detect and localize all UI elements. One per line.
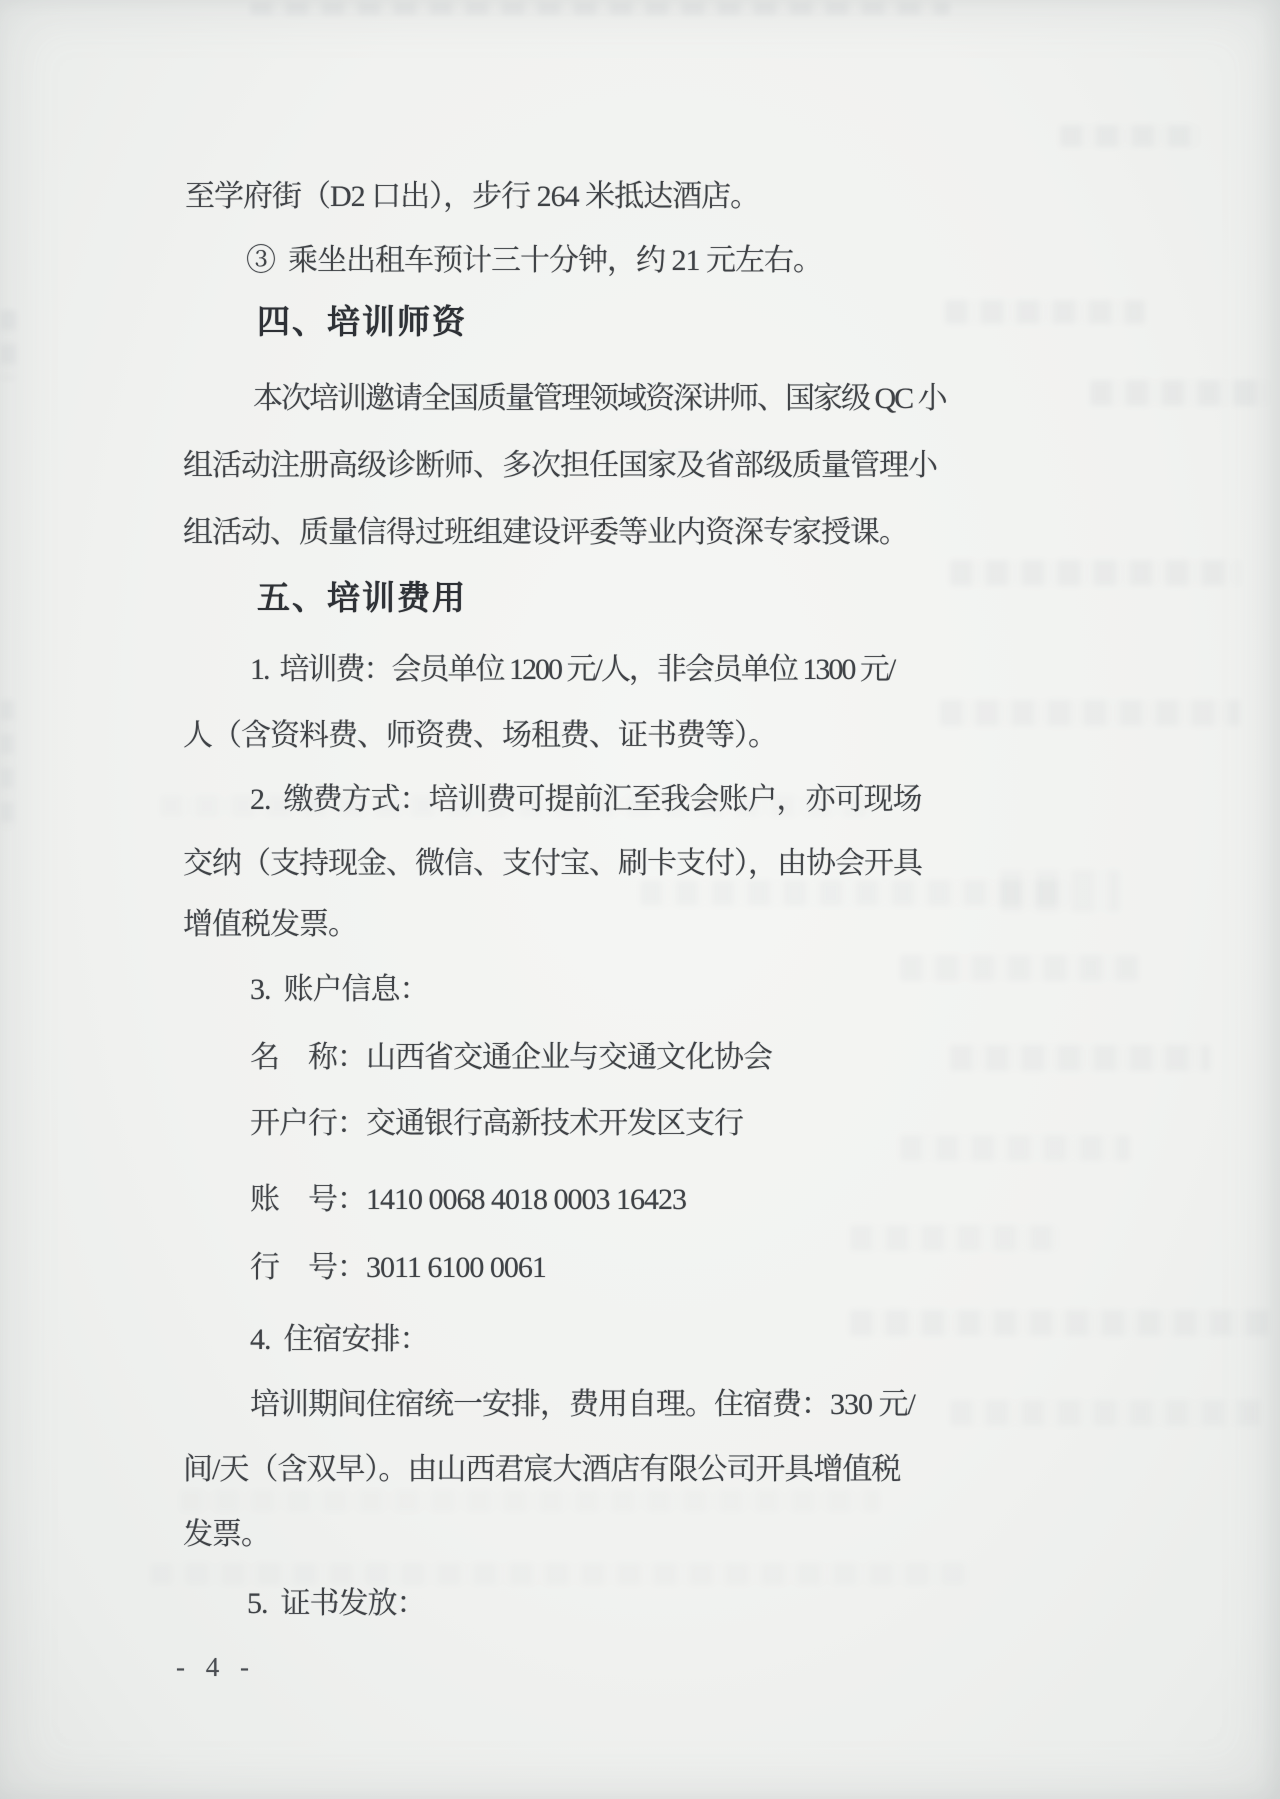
bleedthrough-smudge <box>950 1045 1210 1071</box>
para-faculty-line-3: 组活动、质量信得过班组建设评委等业内资深专家授课。 <box>183 512 908 554</box>
item-payment-method-line-1: 2. 缴费方式：培训费可提前汇至我会账户，亦可现场 <box>250 779 922 821</box>
bleedthrough-smudge <box>850 1310 1270 1336</box>
heading-training-faculty: 四、培训师资 <box>257 301 467 343</box>
page-number: - 4 - <box>176 1646 256 1688</box>
bleedthrough-smudge <box>1060 125 1200 147</box>
item-training-fee-line-1: 1. 培训费：会员单位 1200 元/人，非会员单位 1300 元/ <box>250 649 894 691</box>
bleedthrough-smudge <box>945 300 1145 324</box>
bleedthrough-smudge <box>900 1135 1130 1161</box>
item-accommodation-line-2: 间/天（含双早）。由山西君宸大酒店有限公司开具增值税 <box>183 1449 900 1491</box>
item-payment-method-line-3: 增值税发票。 <box>183 904 357 946</box>
account-name: 名 称：山西省交通企业与交通文化协会 <box>250 1037 772 1079</box>
line-taxi-option: ③ 乘坐出租车预计三十分钟，约 21 元左右。 <box>246 240 822 282</box>
bleedthrough-smudge <box>940 700 1240 726</box>
bleedthrough-smudge <box>950 560 1240 586</box>
bank-code: 行 号：3011 6100 0061 <box>250 1247 546 1289</box>
account-bank: 开户行：交通银行高新技术开发区支行 <box>250 1103 743 1145</box>
item-training-fee-line-2: 人（含资料费、师资费、场租费、证书费等）。 <box>183 715 777 757</box>
bleedthrough-smudge <box>250 2 950 15</box>
item-accommodation-line-3: 发票。 <box>183 1514 270 1556</box>
bleedthrough-smudge <box>0 700 14 830</box>
bleedthrough-smudge <box>850 1225 1060 1251</box>
item-payment-method-line-2: 交纳（支持现金、微信、支付宝、刷卡支付），由协会开具 <box>183 843 922 885</box>
item-accommodation-line-1: 培训期间住宿统一安排，费用自理。住宿费：330 元/ <box>250 1384 915 1426</box>
bleedthrough-smudge <box>180 1490 880 1512</box>
bleedthrough-smudge <box>150 1563 970 1585</box>
scanned-document-page: 至学府街（D2 口出），步行 264 米抵达酒店。 ③ 乘坐出租车预计三十分钟，… <box>0 0 1280 1799</box>
bleedthrough-smudge <box>0 310 16 380</box>
bleedthrough-smudge <box>1000 870 1120 912</box>
account-number: 账 号：1410 0068 4018 0003 16423 <box>250 1179 686 1221</box>
para-faculty-line-2: 组活动注册高级诊断师、多次担任国家及省部级质量管理小 <box>183 445 937 487</box>
bleedthrough-smudge <box>900 955 1140 981</box>
heading-training-fees: 五、培训费用 <box>257 577 467 619</box>
para-faculty-line-1: 本次培训邀请全国质量管理领域资深讲师、国家级 QC 小 <box>253 378 946 420</box>
item-accommodation-label: 4. 住宿安排： <box>250 1319 429 1361</box>
item-account-info-label: 3. 账户信息： <box>250 969 429 1011</box>
item-certificate-label: 5. 证书发放： <box>247 1583 426 1625</box>
bleedthrough-smudge <box>950 1400 1260 1426</box>
bleedthrough-smudge <box>1090 380 1270 406</box>
line-walk-directions: 至学府街（D2 口出），步行 264 米抵达酒店。 <box>185 176 759 218</box>
